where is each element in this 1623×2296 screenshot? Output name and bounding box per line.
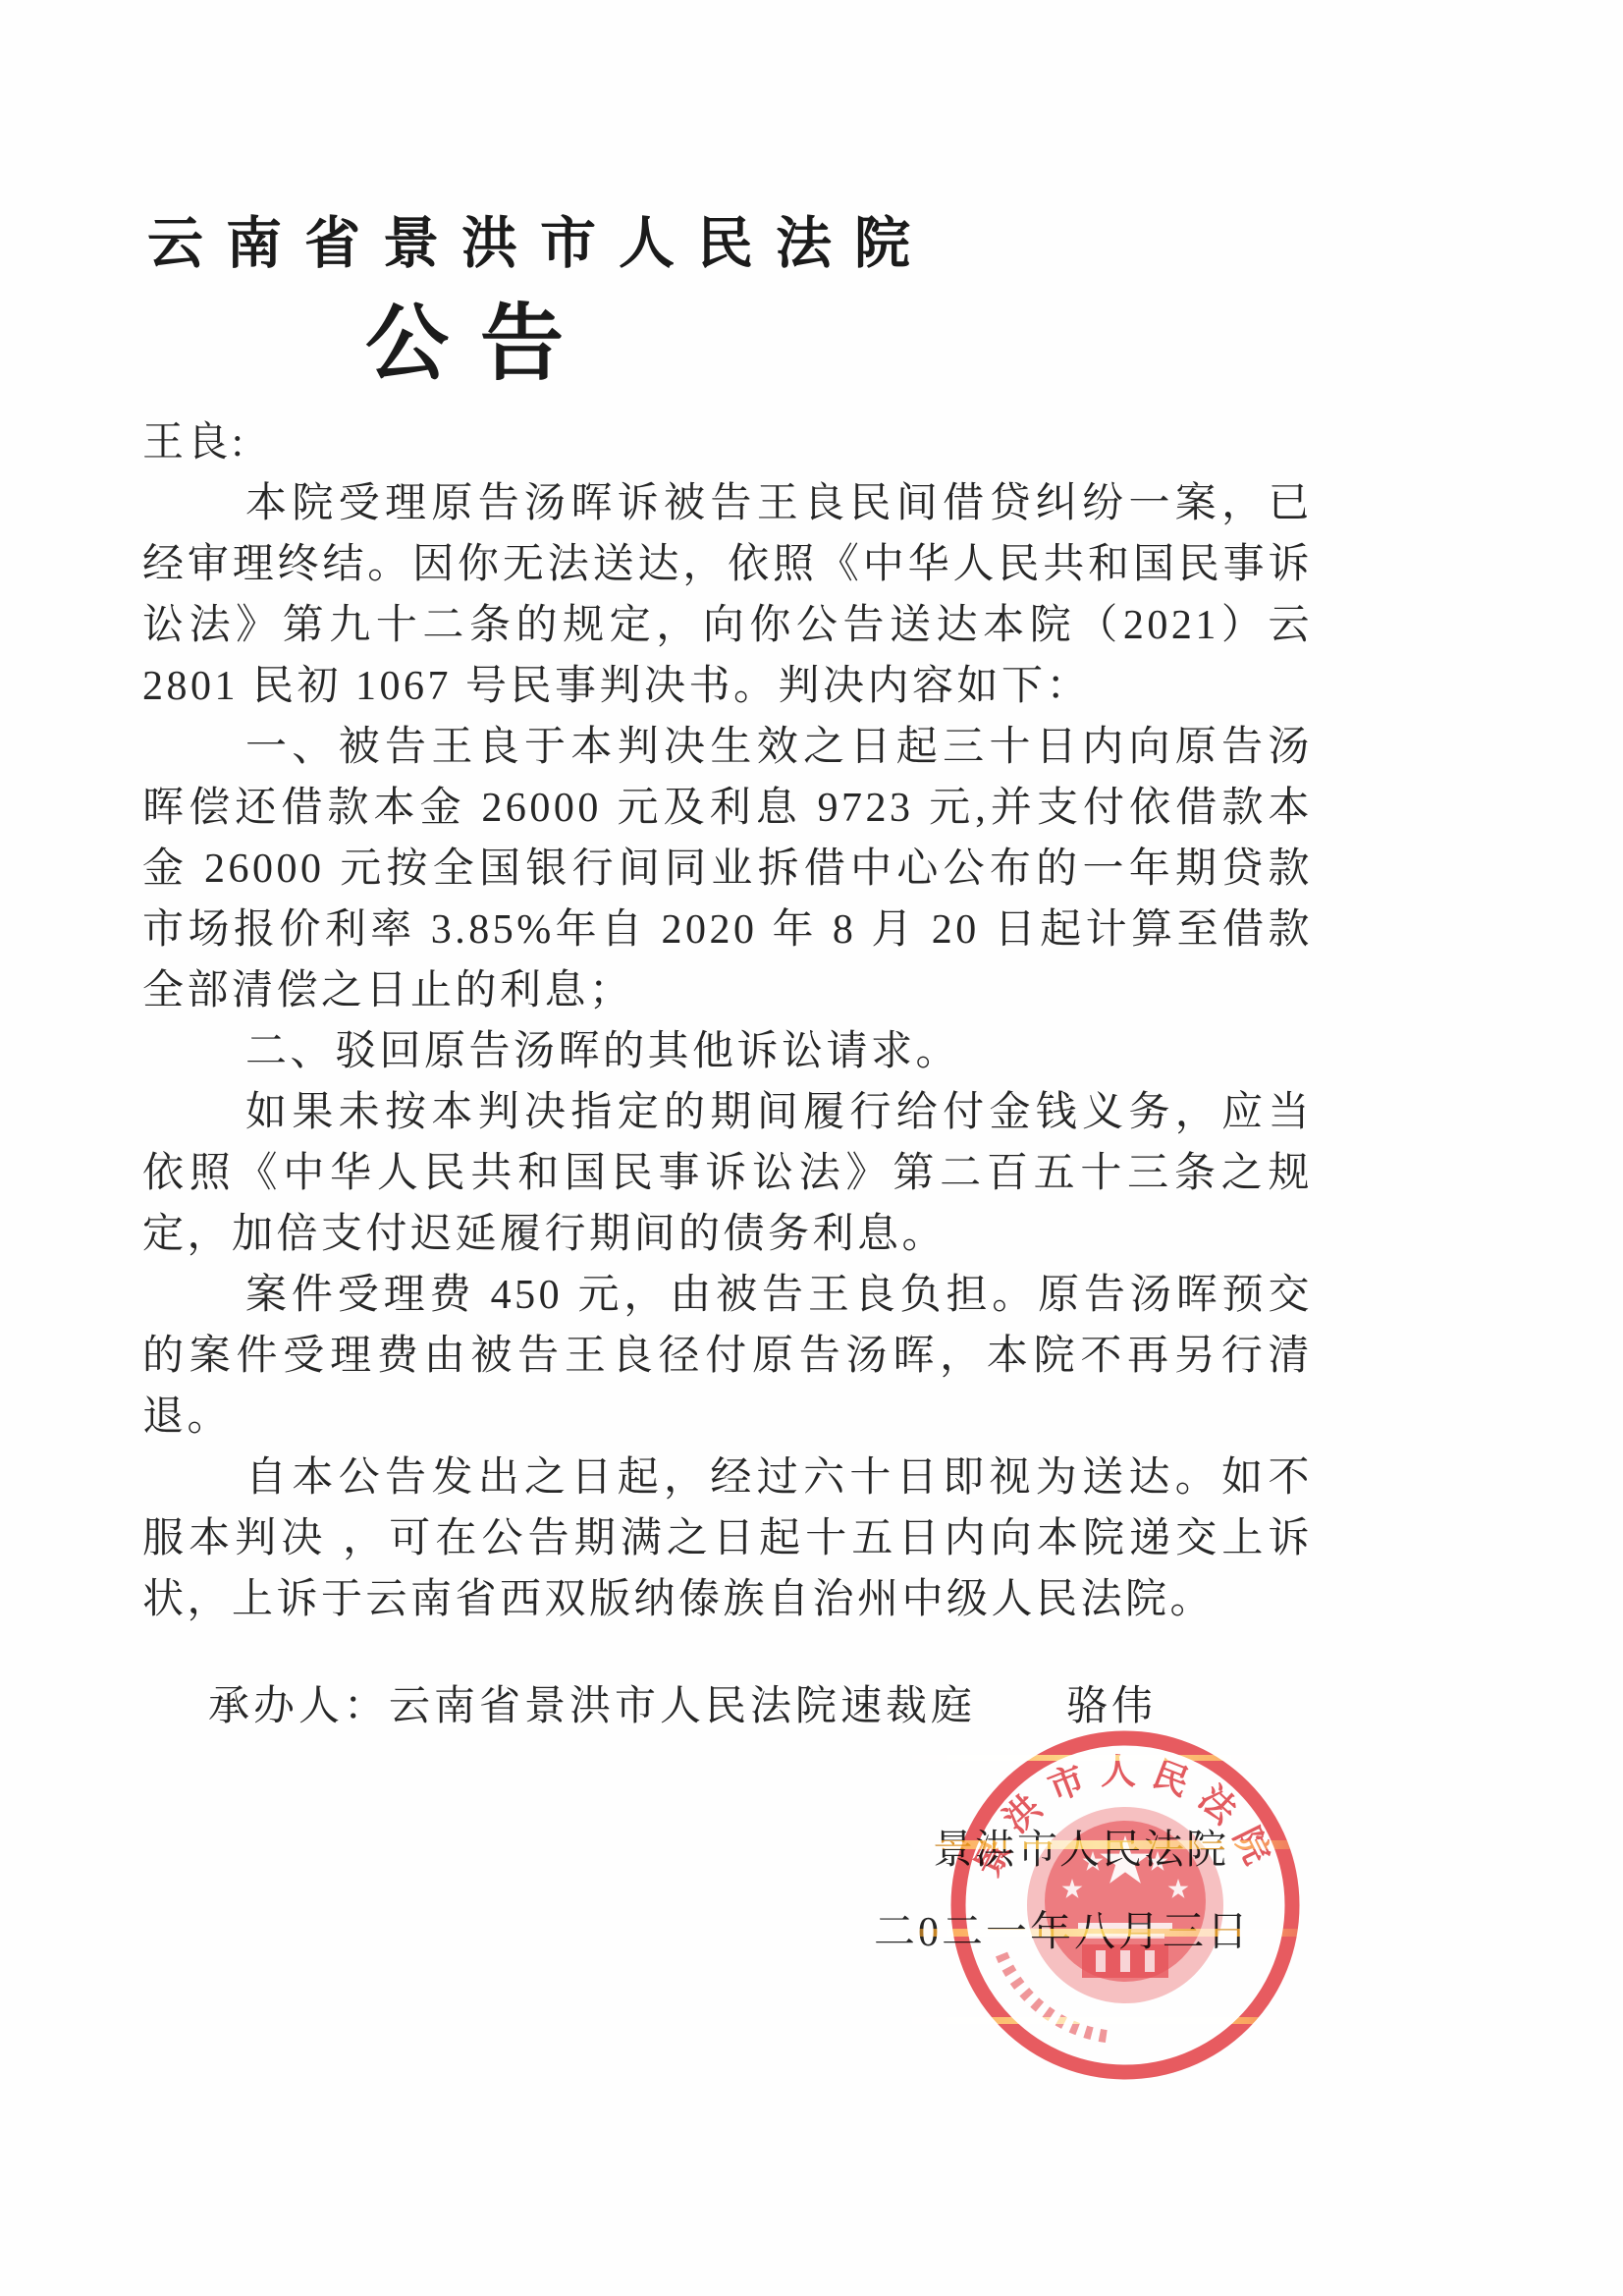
- scan-artifact-line: [862, 1755, 1329, 1761]
- notice-title: 公告: [365, 277, 595, 397]
- court-title: 云南省景洪市人民法院: [147, 198, 933, 279]
- body-paragraph: 一、被告王良于本判决生效之日起三十日内向原告汤晖偿还借款本金 26000 元及利…: [142, 717, 1313, 1021]
- scanned-court-notice-page: 云南省景洪市人民法院 公告 王良: 本院受理原告汤晖诉被告王良民间借贷纠纷一案，…: [0, 0, 1623, 2296]
- national-emblem-icon: [1027, 1807, 1223, 2003]
- handler-label: 承办人：: [208, 1684, 389, 1729]
- scan-artifact-line: [862, 1840, 1329, 1849]
- body-paragraph: 二、驳回原告汤晖的其他诉讼请求。: [142, 1021, 1313, 1082]
- handler-court: 云南省景洪市人民法院速裁庭: [389, 1684, 976, 1729]
- body-paragraph: 如果未按本判决指定的期间履行给付金钱义务，应当依照《中华人民共和国民事诉讼法》第…: [142, 1082, 1313, 1265]
- court-seal-stamp: 景洪市人民法院: [943, 1722, 1308, 2088]
- addressee: 王良:: [142, 412, 1313, 473]
- notice-body: 王良: 本院受理原告汤晖诉被告王良民间借贷纠纷一案，已经审理终结。因你无法送达，…: [142, 412, 1313, 1630]
- body-paragraph: 案件受理费 450 元，由被告王良负担。原告汤晖预交的案件受理费由被告王良径付原…: [142, 1265, 1313, 1448]
- scan-artifact-line: [862, 1929, 1329, 1937]
- body-paragraph: 自本公告发出之日起，经过六十日即视为送达。如不服本判决 ，可在公告期满之日起十五…: [142, 1448, 1313, 1630]
- body-paragraph: 本院受理原告汤晖诉被告王良民间借贷纠纷一案，已经审理终结。因你无法送达，依照《中…: [142, 473, 1313, 717]
- scan-artifact-line: [862, 2017, 1329, 2024]
